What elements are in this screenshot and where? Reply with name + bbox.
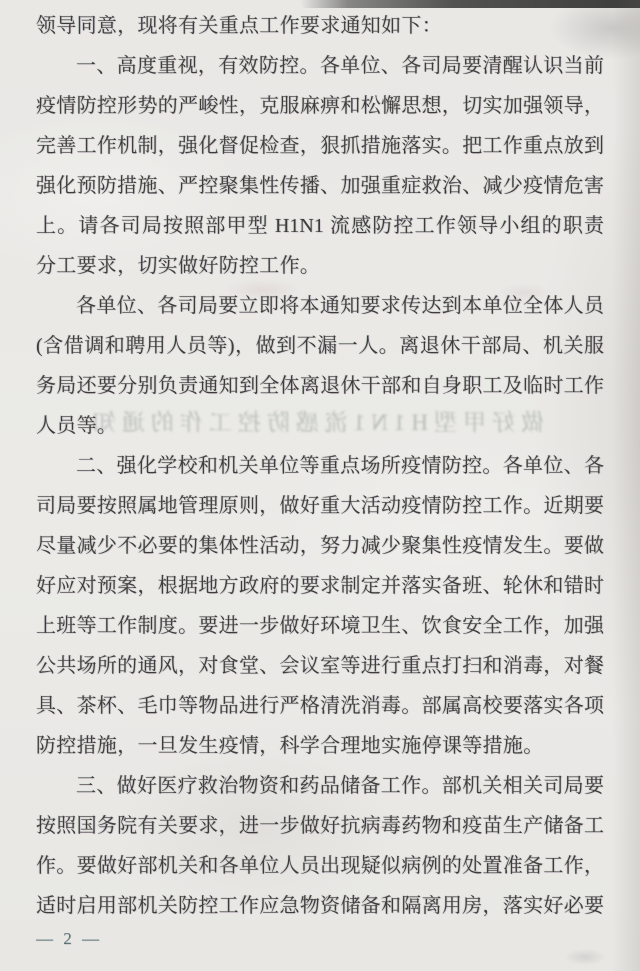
text-line: 好应对预案，根据地方政府的要求制定并落实备班、轮休和错时 [36,566,604,606]
text-line: 作。要做好部机关和各单位人员出现疑似病例的处置准备工作， [36,846,604,886]
scan-top-edge-artifact [300,0,640,8]
text-line: 务局还要分别负责通知到全体离退休干部和自身职工及临时工作 [36,366,604,406]
text-line: 上班等工作制度。要进一步做好环境卫生、饮食安全工作，加强 [36,606,604,646]
text-line: 领导同意，现将有关重点工作要求通知如下： [36,6,604,46]
text-line: (含借调和聘用人员等)，做到不漏一人。离退休干部局、机关服 [36,326,604,366]
text-line: 防控措施，一旦发生疫情，科学合理地实施停课等措施。 [36,726,604,766]
text-line: 强化预防措施、严控聚集性传播、加强重症救治、减少疫情危害 [36,166,604,206]
text-line: 按照国务院有关要求，进一步做好抗病毒药物和疫苗生产储备工 [36,806,604,846]
text-line: 人员等。 [36,406,604,446]
text-line: 三、做好医疗救治物资和药品储备工作。部机关相关司局要 [36,766,604,806]
text-line: 分工要求，切实做好防控工作。 [36,246,604,286]
document-text: 领导同意，现将有关重点工作要求通知如下： 一、高度重视，有效防控。各单位、各司局… [36,6,604,950]
text-line: 一、高度重视，有效防控。各单位、各司局要清醒认识当前 [36,46,604,86]
scanned-document-page: { "document": { "lines": [ "领导同意，现将有关重点工… [0,0,640,971]
text-line: 司局要按照属地管理原则，做好重大活动疫情防控工作。近期要 [36,486,604,526]
text-line: 尽量减少不必要的集体性活动，努力减少聚集性疫情发生。要做 [36,526,604,566]
page-number: — 2 — [36,928,604,950]
text-line: 二、强化学校和机关单位等重点场所疫情防控。各单位、各 [36,446,604,486]
text-line: 适时启用部机关防控工作应急物资储备和隔离用房，落实好必要 [36,886,604,926]
text-line: 完善工作机制，强化督促检查，狠抓措施落实。把工作重点放到 [36,126,604,166]
text-line: 公共场所的通风，对食堂、会议室等进行重点打扫和消毒，对餐 [36,646,604,686]
text-line: 各单位、各司局要立即将本通知要求传达到本单位全体人员 [36,286,604,326]
text-line: 具、茶杯、毛巾等物品进行严格清洗消毒。部属高校要落实各项 [36,686,604,726]
text-line: 上。请各司局按照部甲型 H1N1 流感防控工作领导小组的职责 [36,206,604,246]
text-line: 疫情防控形势的严峻性，克服麻痹和松懈思想，切实加强领导， [36,86,604,126]
